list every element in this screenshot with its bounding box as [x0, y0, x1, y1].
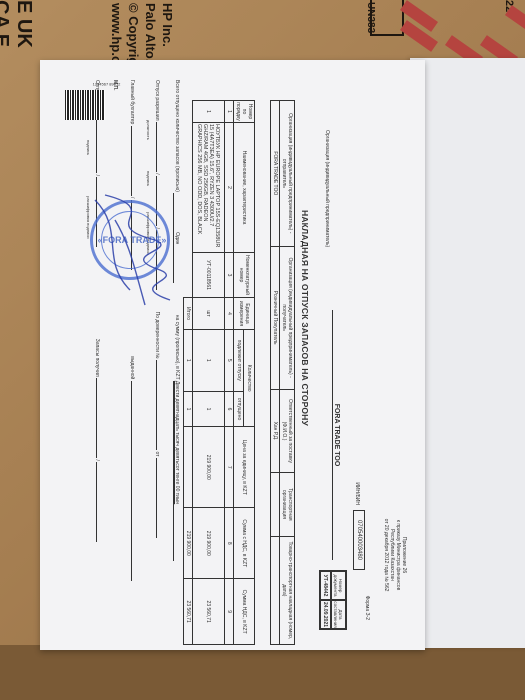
barcode	[65, 90, 105, 120]
table-row: 1 НОУТБУК HP EUROPE LAPTOP 15S-EQ1358UR …	[193, 101, 225, 645]
document-number-box: Номер документа Дата составления УТ-4844…	[319, 570, 347, 630]
document-title: НАКЛАДНАЯ НА ОТПУСК ЗАПАСОВ НА СТОРОНУ	[300, 210, 310, 426]
iin-label: ИИН/БИН	[354, 482, 360, 505]
total-sum-value: Двести девятнадцать тысяч девятьсот тенг…	[173, 381, 180, 561]
power-of-attorney-label: По доверенности №	[154, 312, 160, 359]
total-sum-label: на сумму (прописью), в KZT	[174, 315, 180, 380]
issued-by-label: выданной	[129, 356, 135, 379]
invoice-page: Приложение 26 к приказу Министра финансо…	[40, 60, 425, 650]
barcode-number: 1234567 89012	[93, 81, 121, 86]
form-header: Приложение 26 к приказу Министра финансо…	[383, 490, 407, 620]
box-text-line: HP Inc.	[160, 3, 175, 47]
column-numbers-row: 1 2 3 4 5 6 7 8 9	[225, 101, 234, 645]
chief-accountant-label: Главный бухгалтер	[129, 80, 135, 124]
second-page	[410, 58, 525, 648]
parties-table: Организация (индивидуальный предпринимат…	[270, 100, 295, 645]
org-name: FORA TRADE TOO	[332, 310, 340, 560]
items-table: Номер по порядку Наименование, характери…	[183, 100, 255, 645]
signature-caption: подпись	[146, 171, 151, 186]
release-allowed-label: Отпуск разрешил	[154, 80, 160, 121]
box-large-text: E UK	[12, 0, 35, 48]
box-label: UN383	[370, 0, 404, 36]
total-qty-label: Всего отпущено количество запасов (пропи…	[174, 80, 180, 192]
from-label: от	[154, 451, 160, 456]
invoice-document: Приложение 26 к приказу Министра финансо…	[40, 60, 425, 650]
box-large-text: CA E	[0, 0, 12, 47]
received-by-label: Запасы получил	[94, 339, 100, 377]
form-number: Форма З-2	[364, 596, 370, 620]
signature-caption: подпись	[86, 140, 91, 155]
position-caption: должность	[146, 120, 151, 140]
totals-row: Итого 1 1 219 900,00 23 560,71	[184, 101, 193, 645]
org-label: Организация (индивидуальный предпринимат…	[324, 130, 330, 247]
table-surface	[0, 645, 525, 700]
iin-value: 070540003480	[353, 510, 365, 570]
handwritten-signature	[85, 190, 185, 310]
